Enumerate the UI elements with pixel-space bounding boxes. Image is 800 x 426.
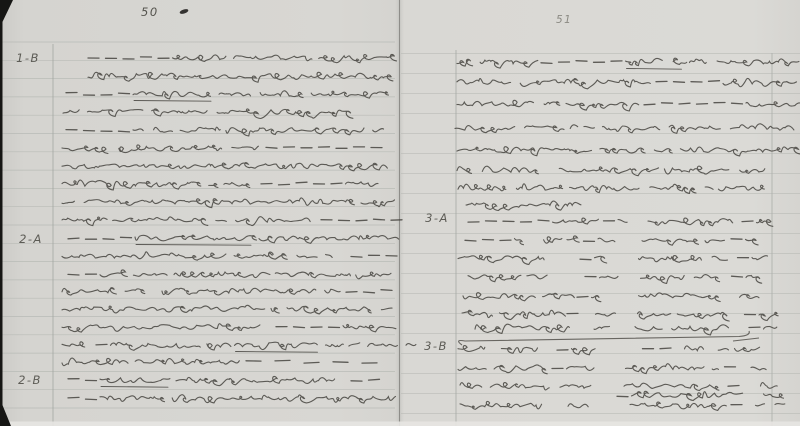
dash-stroke [465, 240, 476, 241]
script-stroke [62, 288, 340, 295]
handwriting-line [468, 275, 762, 284]
script-stroke [468, 275, 547, 282]
script-stroke [176, 376, 335, 385]
script-stroke [457, 166, 765, 176]
script-stroke [757, 219, 773, 226]
dash-stroke [580, 259, 591, 260]
dash-stroke [96, 344, 107, 345]
script-stroke [592, 296, 601, 302]
dash-stroke [304, 362, 319, 363]
script-stroke [648, 218, 733, 226]
ink-smudge [179, 8, 189, 15]
dash-stroke [374, 219, 385, 220]
script-stroke [62, 358, 239, 366]
dash-stroke [697, 104, 708, 105]
script-stroke [756, 403, 785, 405]
script-stroke [618, 219, 627, 222]
handwriting-left-page [62, 54, 416, 403]
script-stroke [626, 58, 687, 65]
handwriting-line [458, 184, 764, 194]
script-stroke [723, 78, 797, 86]
dash-stroke [68, 238, 79, 239]
script-stroke [690, 59, 799, 66]
handwriting-line [62, 252, 397, 260]
bottom-edge-highlight [0, 422, 800, 426]
script-stroke [326, 343, 416, 347]
handwriting-line [62, 358, 377, 366]
dash-stroke [346, 292, 357, 293]
script-stroke [746, 102, 800, 107]
script-stroke [62, 198, 395, 208]
script-stroke [568, 404, 588, 408]
script-stroke [641, 275, 720, 284]
script-stroke [746, 276, 762, 284]
handwriting-line [457, 58, 799, 69]
script-stroke [462, 310, 565, 319]
right-page-number: 51 [556, 14, 572, 26]
script-stroke [632, 391, 743, 400]
underline-stroke [136, 245, 251, 246]
script-stroke [764, 326, 777, 329]
script-stroke [594, 326, 610, 329]
scan-edge-artifact [0, 0, 13, 27]
script-stroke [100, 395, 396, 403]
script-stroke [572, 348, 596, 355]
script-stroke [642, 239, 725, 245]
handwriting-line [462, 310, 778, 321]
handwriting-line [66, 91, 388, 101]
handwriting-line [460, 401, 785, 410]
manuscript-scan: 50 51 1-B2-A2-B3-A3-B [0, 0, 800, 426]
dash-stroke [275, 360, 290, 361]
dash-stroke [381, 290, 392, 291]
script-stroke [458, 365, 547, 374]
scan-artwork [0, 0, 800, 426]
script-stroke [466, 201, 581, 210]
handwriting-line [458, 364, 772, 374]
script-stroke [560, 385, 591, 388]
script-stroke [62, 217, 310, 226]
script-stroke [475, 324, 569, 333]
left-page-number: 50 [141, 5, 159, 19]
dash-stroke [732, 103, 743, 104]
script-stroke [457, 59, 538, 68]
script-stroke [458, 184, 764, 194]
handwriting-line [457, 78, 797, 88]
script-stroke [639, 256, 728, 263]
dash-stroke [356, 220, 367, 221]
handwriting-line [62, 324, 396, 332]
handwriting-line [68, 395, 396, 403]
dash-stroke [576, 61, 587, 62]
dash-stroke [119, 93, 130, 94]
dash-stroke [86, 399, 97, 400]
underline-stroke [134, 101, 211, 102]
script-stroke [567, 366, 595, 370]
dash-stroke [728, 386, 739, 387]
dash-stroke [296, 182, 307, 183]
dash-stroke [68, 397, 79, 398]
handwriting-line [463, 293, 759, 302]
margin-label-1-b: 1-B [16, 51, 40, 65]
handwriting-line [457, 166, 765, 176]
script-stroke [735, 347, 760, 351]
underline-stroke [101, 387, 168, 388]
handwriting-line [458, 255, 768, 264]
script-stroke [553, 218, 599, 224]
dash-stroke [119, 131, 130, 132]
dash-stroke [333, 362, 348, 363]
script-stroke [62, 145, 258, 154]
script-stroke [685, 346, 729, 351]
script-stroke [111, 342, 231, 350]
handwriting-line [62, 217, 402, 226]
dash-stroke [364, 292, 375, 293]
handwriting-line [62, 145, 382, 154]
script-stroke [343, 324, 396, 331]
script-stroke [63, 109, 353, 119]
script-stroke [595, 256, 607, 263]
handwriting-line [62, 198, 395, 208]
dash-stroke [369, 379, 380, 380]
dash-stroke [351, 257, 362, 258]
handwriting-line [63, 109, 353, 119]
script-stroke [455, 124, 794, 134]
dash-stroke [679, 103, 690, 104]
handwriting-line [465, 236, 758, 245]
script-stroke [463, 293, 574, 301]
dash-stroke [538, 220, 549, 221]
handwriting-line [68, 376, 380, 387]
script-stroke [460, 401, 542, 409]
script-stroke [346, 182, 379, 187]
handwriting-line [468, 218, 773, 226]
script-stroke [173, 54, 397, 62]
handwriting-line [617, 391, 784, 400]
handwriting-line [460, 383, 777, 391]
dash-stroke [674, 82, 685, 83]
script-stroke [457, 100, 639, 111]
handwriting-right-page [455, 58, 800, 410]
script-stroke [133, 127, 384, 136]
underline-stroke [236, 352, 318, 353]
dash-stroke [294, 327, 305, 328]
margin-label-2-a: 2-A [19, 232, 43, 246]
script-stroke [626, 364, 719, 374]
script-stroke [458, 255, 544, 264]
scan-edge-artifact [0, 0, 3, 426]
handwriting-line [62, 163, 387, 171]
script-stroke [133, 91, 211, 98]
script-stroke [88, 72, 393, 82]
script-stroke [62, 305, 392, 314]
script-stroke [624, 383, 719, 390]
script-stroke [630, 402, 726, 410]
dash-stroke [732, 276, 743, 277]
script-stroke [457, 147, 800, 156]
script-stroke [746, 239, 759, 245]
script-stroke [598, 238, 615, 242]
script-stroke [639, 293, 729, 302]
handwriting-line [457, 147, 800, 156]
handwriting-line [62, 342, 416, 352]
script-stroke [600, 276, 619, 278]
script-stroke [259, 235, 399, 243]
script-stroke [62, 252, 341, 260]
handwriting-line [88, 54, 397, 62]
dash-stroke [577, 297, 588, 298]
script-stroke [752, 256, 768, 260]
margin-label-2-b: 2-B [18, 373, 42, 387]
script-stroke [515, 236, 580, 245]
handwriting-line [457, 100, 800, 111]
dash-stroke [742, 221, 753, 222]
script-stroke [458, 346, 545, 354]
handwriting-line [455, 124, 794, 134]
dash-stroke [103, 239, 114, 240]
script-stroke [235, 342, 318, 350]
handwriting-line [68, 270, 391, 279]
dash-stroke [279, 184, 290, 185]
dash-stroke [331, 183, 342, 184]
handwriting-line [88, 72, 393, 82]
script-stroke [100, 378, 170, 383]
margin-label-3-b: 3-B [424, 339, 448, 353]
script-stroke [62, 342, 85, 347]
dash-stroke [68, 274, 79, 275]
ruling-left-page [0, 42, 395, 408]
dash-stroke [266, 147, 277, 148]
dash-stroke [660, 348, 671, 349]
handwriting-line [466, 201, 581, 210]
script-stroke [751, 367, 772, 370]
dash-stroke [541, 63, 552, 64]
script-stroke [761, 383, 778, 389]
dash-stroke [644, 104, 655, 105]
handwriting-line [62, 305, 392, 314]
script-stroke [100, 270, 391, 279]
script-stroke [457, 79, 650, 89]
dash-stroke [709, 81, 720, 82]
script-stroke [135, 235, 256, 241]
handwriting-line [68, 235, 399, 245]
script-stroke [62, 163, 387, 171]
script-stroke [740, 294, 760, 298]
underline-stroke [627, 69, 682, 70]
margin-label-3-a: 3-A [425, 211, 449, 225]
script-stroke [764, 394, 784, 398]
handwriting-line [66, 127, 384, 136]
script-stroke [62, 324, 266, 332]
handwriting-line [62, 288, 392, 295]
script-stroke [460, 383, 549, 390]
